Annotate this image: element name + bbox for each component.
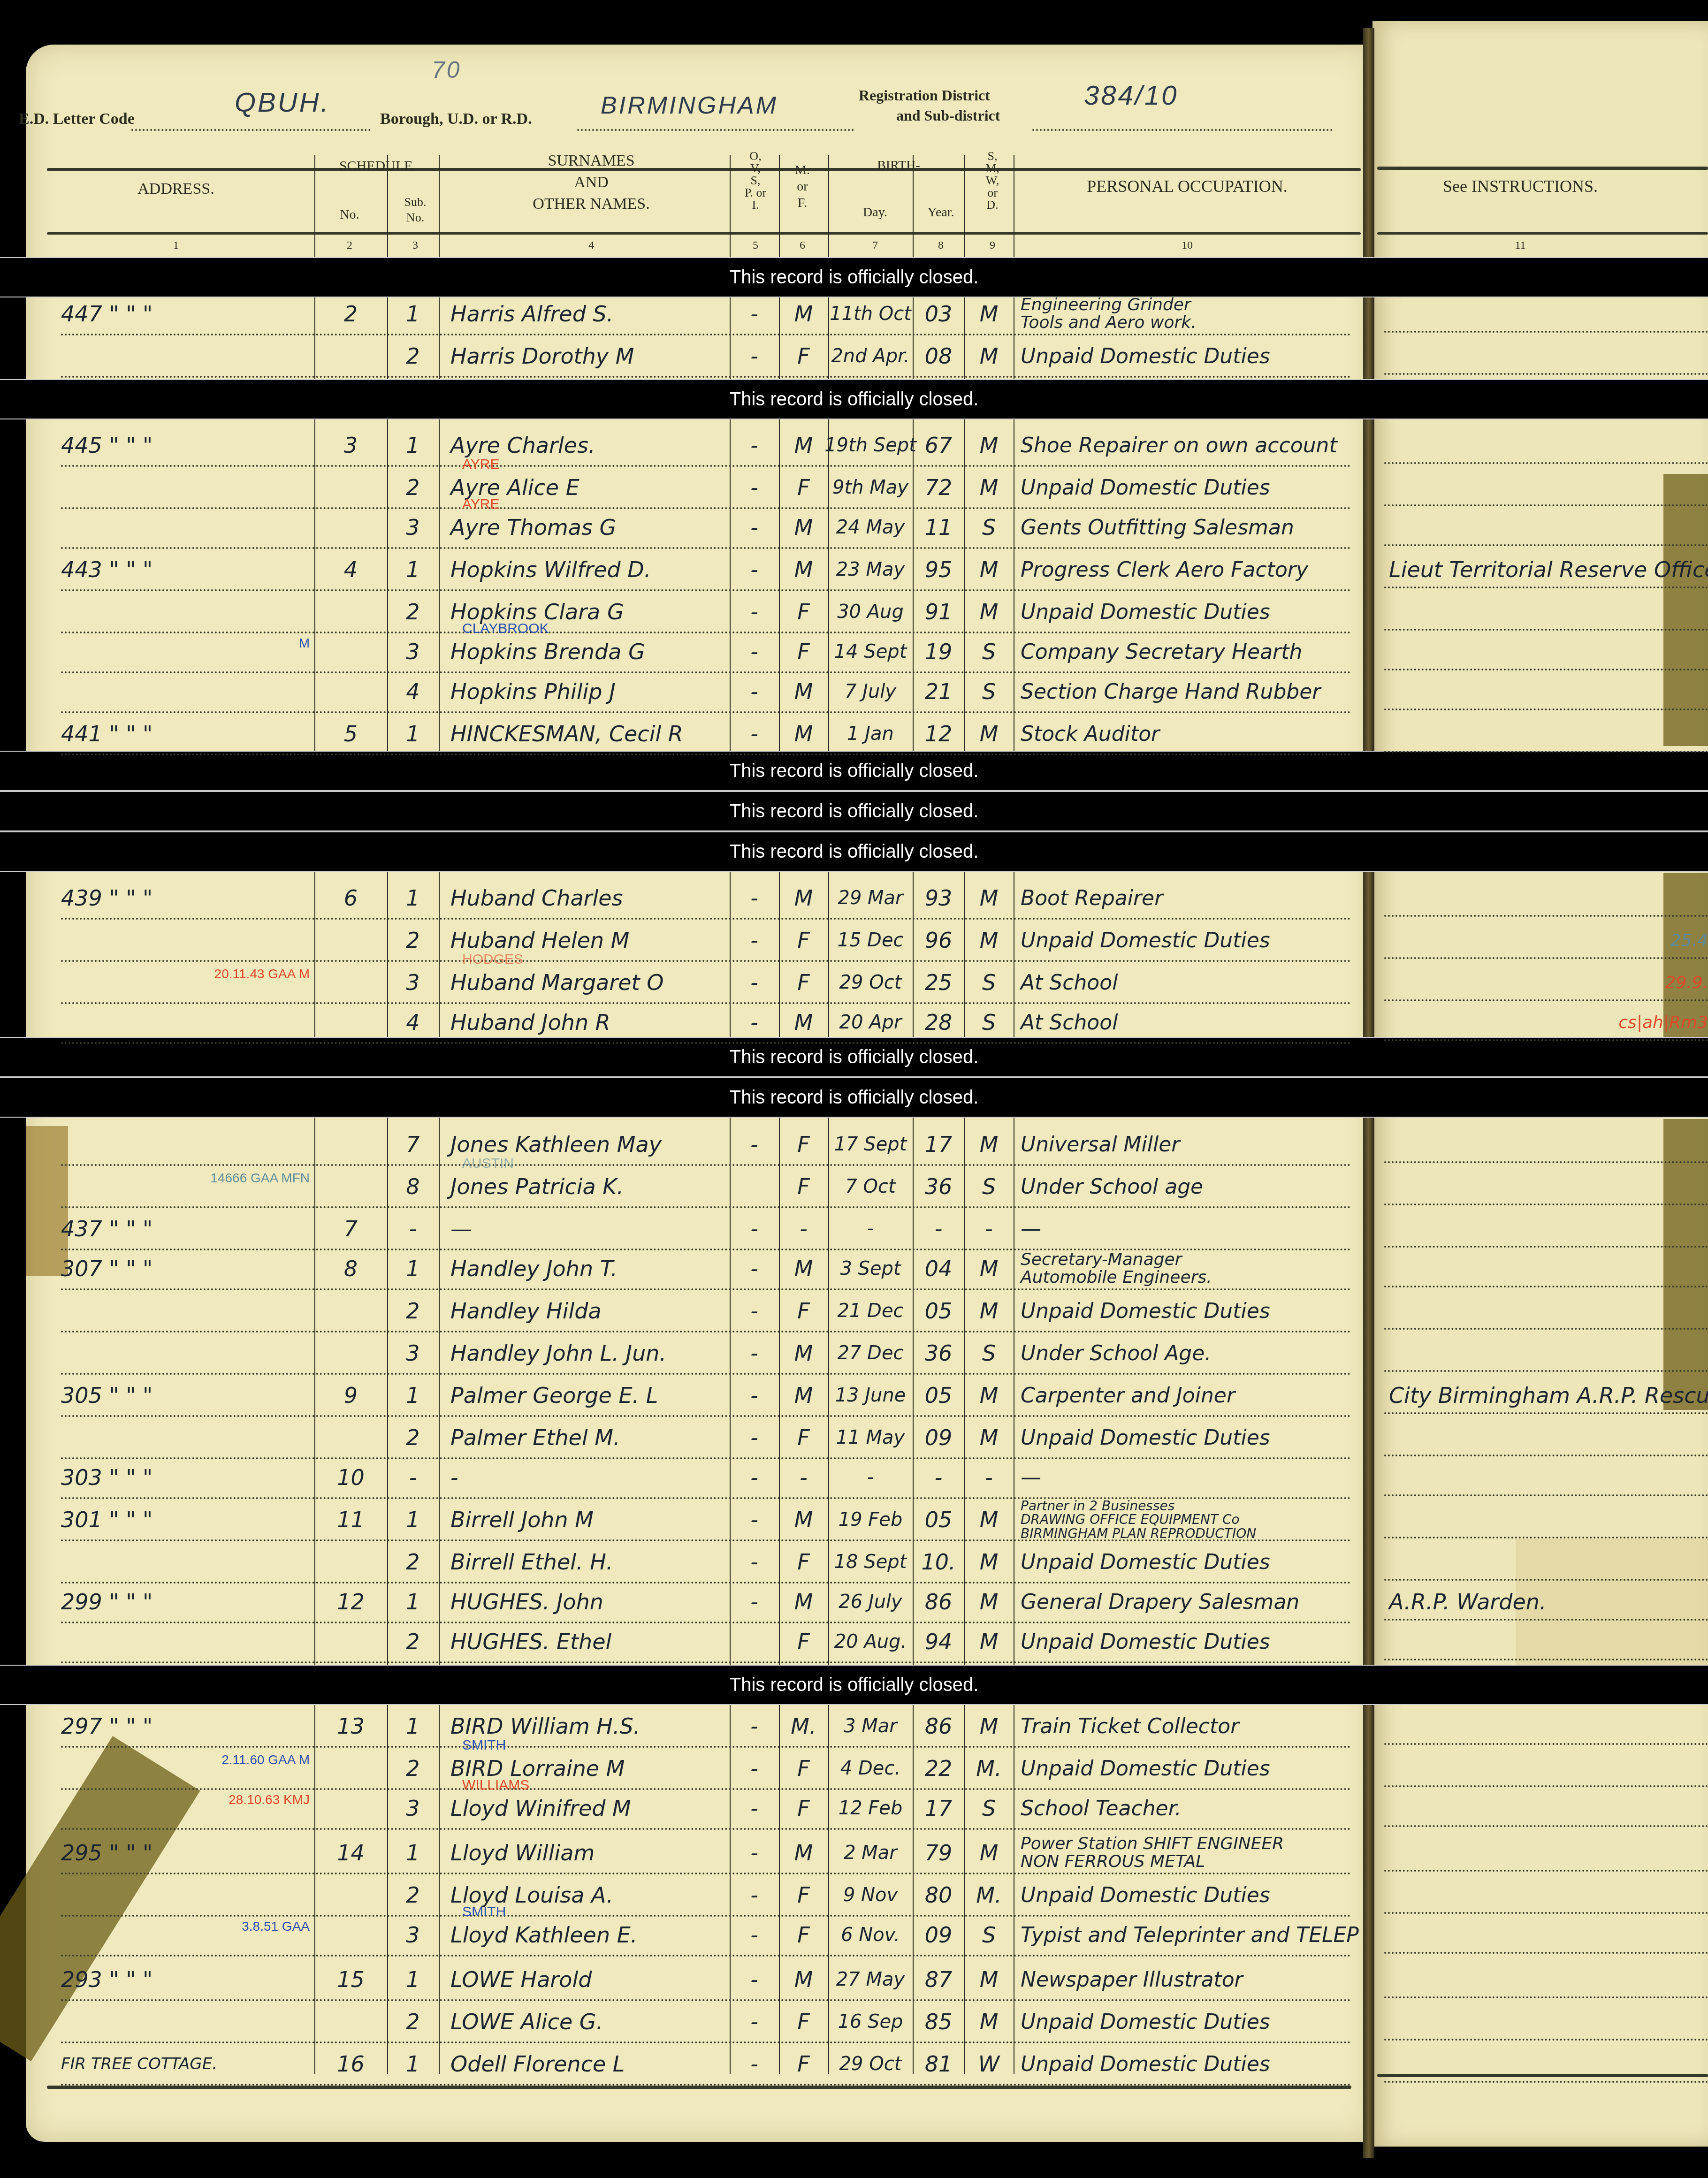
name-cell: Huband John R	[450, 1002, 730, 1043]
schedule-no-cell	[314, 591, 387, 632]
address-cell: 305 " " "	[61, 1375, 314, 1416]
address-cell: 299 " " "	[61, 1581, 314, 1622]
sub-no-cell: 2	[387, 591, 439, 632]
schedule-no-cell: 10	[314, 1457, 387, 1498]
row-divider-right	[1384, 957, 1708, 959]
marital-status-cell: S	[964, 1166, 1014, 1207]
row-divider-right	[1384, 1039, 1708, 1041]
marital-status-cell: M	[964, 1621, 1014, 1662]
schedule-no-cell	[314, 671, 387, 712]
ovspi-cell: -	[730, 877, 779, 919]
row-divider-right	[1384, 504, 1708, 506]
birth-day-cell: 20 Apr	[828, 1002, 913, 1043]
schedule-no-cell	[314, 962, 387, 1003]
schedule-no-cell: 11	[314, 1499, 387, 1540]
surname-correction: AYRE	[462, 496, 499, 512]
birth-day-cell: 12 Feb	[828, 1788, 913, 1829]
name-cell: LOWE Harold	[450, 1959, 730, 2000]
schedule-no-cell: 8	[314, 1248, 387, 1289]
occupation-cell: Train Ticket Collector	[1021, 1706, 1358, 1747]
address-cell	[61, 1124, 314, 1165]
sex-cell: M	[779, 1375, 828, 1416]
ovspi-cell: -	[730, 1706, 779, 1747]
name-cell: Jones Patricia K.	[450, 1166, 730, 1207]
sex-cell: F	[779, 2001, 828, 2042]
ovspi-cell: -	[730, 1290, 779, 1332]
marital-status-cell: M	[964, 1959, 1014, 2000]
schedule-no-cell: 16	[314, 2043, 387, 2085]
ovspi-cell: -	[730, 1832, 779, 1873]
row-divider-right	[1384, 1912, 1708, 1914]
schedule-no-cell	[314, 631, 387, 672]
sex-cell: M	[779, 507, 828, 548]
table-row: 7Jones Kathleen May-F17 Sept17MUniversal…	[0, 1124, 1708, 1165]
sub-no-cell: 2	[387, 1621, 439, 1662]
birth-year-cell: 36	[913, 1333, 964, 1374]
instructions-cell: A.R.P. Warden.	[1389, 1581, 1708, 1622]
occupation-lines: Engineering GrinderTools and Aero work.	[1021, 296, 1197, 332]
sex-cell: F	[779, 591, 828, 632]
marital-status-cell: -	[964, 1457, 1014, 1498]
ovspi-cell: -	[730, 1124, 779, 1165]
birth-year-cell: 19	[913, 631, 964, 672]
birth-year-cell: 17	[913, 1788, 964, 1829]
table-row: 8Jones Patricia K.F7 Oct36SUnder School …	[0, 1166, 1708, 1207]
birth-year-cell: 22	[913, 1748, 964, 1789]
schedule-no-cell: 5	[314, 713, 387, 754]
name-cell: Lloyd Kathleen E.	[450, 1914, 730, 1956]
row-divider-right	[1384, 1412, 1708, 1414]
marital-status-cell: M	[964, 1499, 1014, 1540]
table-row: 2Palmer Ethel M.-F11 May09MUnpaid Domest…	[0, 1417, 1708, 1458]
marital-status-cell: M.	[964, 1874, 1014, 1916]
marital-status-cell: S	[964, 631, 1014, 672]
sex-cell: F	[779, 1748, 828, 1789]
schedule-no-cell	[314, 2001, 387, 2042]
schedule-no-cell: 14	[314, 1832, 387, 1873]
occupation-cell: Unpaid Domestic Duties	[1021, 2001, 1358, 2042]
birth-year-cell: 96	[913, 920, 964, 961]
row-divider-right	[1384, 586, 1708, 588]
row-divider-right	[1384, 915, 1708, 917]
birth-year-cell: 05	[913, 1375, 964, 1416]
ovspi-cell: -	[730, 671, 779, 712]
birth-day-cell: 19th Sept	[828, 425, 913, 466]
schedule-no-cell	[314, 920, 387, 961]
birth-year-cell: 72	[913, 467, 964, 508]
schedule-no-cell	[314, 1621, 387, 1662]
row-divider	[61, 1828, 1351, 1830]
sex-cell: -	[779, 1457, 828, 1498]
birth-day-cell: 14 Sept	[828, 631, 913, 672]
schedule-no-cell	[314, 467, 387, 508]
birth-year-cell: 09	[913, 1914, 964, 1956]
birth-year-cell: 08	[913, 335, 964, 377]
sub-no-cell: 2	[387, 920, 439, 961]
birth-year-cell: 87	[913, 1959, 964, 2000]
table-row: 2Lloyd Louisa A.-F9 Nov80M.Unpaid Domest…	[0, 1874, 1708, 1916]
ovspi-cell: -	[730, 293, 779, 335]
schedule-no-cell	[314, 1166, 387, 1207]
table-row: 2HUGHES. EthelF20 Aug.94MUnpaid Domestic…	[0, 1621, 1708, 1662]
address-cell: 447 " " "	[61, 293, 314, 335]
ed-superscript: 70	[432, 56, 462, 84]
occupation-cell: At School	[1021, 1002, 1358, 1043]
ovspi-cell: -	[730, 1002, 779, 1043]
header-top-rule-right	[1377, 167, 1708, 170]
ovspi-cell: -	[730, 2043, 779, 2085]
ovspi-cell: -	[730, 1541, 779, 1583]
ovspi-cell: -	[730, 1874, 779, 1916]
address-cell	[61, 467, 314, 508]
row-divider-right	[1384, 1286, 1708, 1287]
birth-year-cell: 09	[913, 1417, 964, 1458]
address-cell	[61, 1541, 314, 1583]
birth-year-cell: 05	[913, 1290, 964, 1332]
sex-cell: F	[779, 467, 828, 508]
birth-day-cell: 29 Oct	[828, 962, 913, 1003]
birth-day-cell: 1 Jan	[828, 713, 913, 754]
birth-year-cell: 17	[913, 1124, 964, 1165]
birth-day-cell: 9 Nov	[828, 1874, 913, 1916]
row-divider-right	[1384, 1870, 1708, 1872]
birth-day-cell: 20 Aug.	[828, 1621, 913, 1662]
marital-status-cell: M	[964, 877, 1014, 919]
marital-status-cell: M	[964, 2001, 1014, 2042]
occupation-cell: Under School Age.	[1021, 1333, 1358, 1374]
schedule-no-cell	[314, 1124, 387, 1165]
table-row: 445 " " "31Ayre Charles.-M19th Sept67MSh…	[0, 425, 1708, 466]
schedule-no-cell	[314, 335, 387, 377]
ovspi-cell: -	[730, 591, 779, 632]
ovspi-cell: -	[730, 1333, 779, 1374]
sub-no-cell: 1	[387, 1832, 439, 1873]
sex-cell: M	[779, 1959, 828, 2000]
table-row: 441 " " "51HINCKESMAN, Cecil R-M1 Jan12M…	[0, 713, 1708, 754]
sex-cell: M	[779, 671, 828, 712]
sub-no-cell: 3	[387, 1333, 439, 1374]
address-cell: 445 " " "	[61, 425, 314, 466]
birth-day-cell: 6 Nov.	[828, 1914, 913, 1956]
birth-year-cell: 05	[913, 1499, 964, 1540]
birth-day-cell: 9th May	[828, 467, 913, 508]
row-divider-right	[1384, 999, 1708, 1001]
sub-no-cell: -	[387, 1457, 439, 1498]
surname-correction: CLAYBROOK	[462, 621, 549, 637]
sub-no-cell: 1	[387, 713, 439, 754]
birth-year-cell: -	[913, 1208, 964, 1249]
birth-year-cell: 10.	[913, 1541, 964, 1583]
birth-day-cell: 11th Oct	[828, 293, 913, 335]
row-divider-right	[1384, 1328, 1708, 1330]
sub-no-cell: 1	[387, 877, 439, 919]
table-row: 303 " " "10-------—	[0, 1457, 1708, 1498]
address-cell: 297 " " "	[61, 1706, 314, 1747]
birth-year-cell: 67	[913, 425, 964, 466]
reg-district-label-1: Registration District	[859, 87, 990, 104]
name-cell: Hopkins Brenda G	[450, 631, 730, 672]
birth-year-cell: 03	[913, 293, 964, 335]
sub-no-cell: 2	[387, 1748, 439, 1789]
name-cell: Hopkins Wilfred D.	[450, 549, 730, 590]
occupation-cell: Unpaid Domestic Duties	[1021, 1748, 1358, 1789]
ovspi-cell: -	[730, 631, 779, 672]
sub-no-cell: 2	[387, 335, 439, 377]
sub-no-cell: 1	[387, 1375, 439, 1416]
occupation-cell: Section Charge Hand Rubber	[1021, 671, 1358, 712]
ovspi-cell: -	[730, 1248, 779, 1289]
surname-correction: SMITH	[462, 1737, 506, 1753]
sex-cell: F	[779, 1541, 828, 1583]
birth-year-cell: 04	[913, 1248, 964, 1289]
col-num-7: 7	[835, 239, 915, 252]
sub-no-cell: 1	[387, 1959, 439, 2000]
row-divider-right	[1384, 1455, 1708, 1456]
col-num-10: 10	[1018, 239, 1356, 252]
birth-day-cell: 29 Oct	[828, 2043, 913, 2085]
row-divider-right	[1384, 331, 1708, 333]
birth-day-cell: 3 Mar	[828, 1706, 913, 1747]
birth-day-cell: 23 May	[828, 549, 913, 590]
sex-cell: F	[779, 1788, 828, 1829]
occupation-line: Automobile Engineers.	[1021, 1269, 1212, 1287]
marital-status-cell: M	[964, 1581, 1014, 1622]
occupation-cell: Unpaid Domestic Duties	[1021, 2043, 1358, 2085]
row-divider-right	[1384, 1743, 1708, 1745]
marital-status-cell: W	[964, 2043, 1014, 2085]
ovspi-cell: -	[730, 1748, 779, 1789]
birth-day-cell: 26 July	[828, 1581, 913, 1622]
sex-cell: M	[779, 1832, 828, 1873]
sub-no-cell: 2	[387, 467, 439, 508]
occupation-line: Secretary-Manager	[1021, 1251, 1212, 1269]
sex-cell: M	[779, 1499, 828, 1540]
ed-letter-code-value: QBUH.	[235, 87, 330, 118]
row-divider-right	[1384, 751, 1708, 753]
reg-dotted-line	[1032, 129, 1333, 131]
sex-cell: F	[779, 962, 828, 1003]
table-row: 4Hopkins Philip J-M7 July21SSection Char…	[0, 671, 1708, 712]
birth-year-cell: 28	[913, 1002, 964, 1043]
row-divider-right	[1384, 1825, 1708, 1827]
occupation-cell: Unpaid Domestic Duties	[1021, 467, 1358, 508]
marital-status-cell: -	[964, 1208, 1014, 1249]
address-cell	[61, 335, 314, 377]
occupation-cell: Stock Auditor	[1021, 713, 1358, 754]
name-cell: Harris Dorothy M	[450, 335, 730, 377]
name-cell: Hopkins Philip J	[450, 671, 730, 712]
schedule-no-cell: 15	[314, 1959, 387, 2000]
ovspi-cell: -	[730, 962, 779, 1003]
row-divider-right	[1384, 544, 1708, 546]
row-divider	[61, 376, 1351, 378]
closed-record-banner: This record is officially closed.	[0, 1077, 1708, 1118]
ovspi-cell: -	[730, 549, 779, 590]
birth-year-cell: 12	[913, 713, 964, 754]
col-instructions-header: See INSTRUCTIONS.	[1389, 176, 1652, 197]
name-cell: Odell Florence L	[450, 2043, 730, 2085]
occupation-cell: Unpaid Domestic Duties	[1021, 1621, 1358, 1662]
row-divider-right	[1384, 708, 1708, 710]
reg-district-label-2: and Sub-district	[896, 107, 1000, 124]
address-cell	[61, 1874, 314, 1916]
sub-no-cell: 2	[387, 1874, 439, 1916]
row-divider	[61, 1661, 1351, 1663]
schedule-no-cell	[314, 1002, 387, 1043]
sex-cell: F	[779, 1621, 828, 1662]
address-cell	[61, 920, 314, 961]
birth-year-cell: 11	[913, 507, 964, 548]
birth-year-cell: 79	[913, 1832, 964, 1873]
table-row: 3Lloyd Kathleen E.-F6 Nov.09STypist and …	[0, 1914, 1708, 1956]
col-num-1: 1	[75, 239, 277, 252]
table-bottom-rule-right	[1377, 2074, 1708, 2077]
birth-day-cell: 29 Mar	[828, 877, 913, 919]
occupation-cell: Universal Miller	[1021, 1124, 1358, 1165]
col-status-header: S, M, W, or D.	[969, 150, 1016, 211]
birth-day-cell: 11 May	[828, 1417, 913, 1458]
birth-day-cell: 16 Sep	[828, 2001, 913, 2042]
address-cell	[61, 507, 314, 548]
surname-correction: HODGES	[462, 952, 523, 967]
ovspi-cell: -	[730, 1417, 779, 1458]
schedule-no-cell: 2	[314, 293, 387, 335]
birth-day-cell: 15 Dec	[828, 920, 913, 961]
birth-day-cell: 3 Sept	[828, 1248, 913, 1289]
col-num-5: 5	[732, 239, 779, 252]
address-cell	[61, 1333, 314, 1374]
table-row: 2Huband Helen M-F15 Dec96MUnpaid Domesti…	[0, 920, 1708, 961]
birth-day-cell: 19 Feb	[828, 1499, 913, 1540]
col-num-4: 4	[450, 239, 732, 252]
ovspi-cell: -	[730, 1914, 779, 1956]
ovspi-cell: -	[730, 507, 779, 548]
sub-no-cell: 1	[387, 2043, 439, 2085]
table-row: 443 " " "41Hopkins Wilfred D.-M23 May95M…	[0, 549, 1708, 590]
col-sex-header: M. or F.	[779, 162, 826, 211]
row-divider-right	[1384, 1537, 1708, 1538]
sub-no-cell: 3	[387, 1788, 439, 1829]
sub-no-cell: 3	[387, 631, 439, 672]
ovspi-cell	[730, 1621, 779, 1662]
ovspi-cell	[730, 1166, 779, 1207]
sub-no-cell: 4	[387, 671, 439, 712]
sub-no-cell: 1	[387, 293, 439, 335]
row-divider-right	[1384, 1952, 1708, 1954]
address-cell: 293 " " "	[61, 1959, 314, 2000]
sex-cell: F	[779, 2043, 828, 2085]
name-cell: —	[450, 1208, 730, 1249]
margin-annotation: 14666 GAA MFN	[202, 1171, 310, 1186]
borough-label: Borough, U.D. or R.D.	[380, 110, 532, 128]
occupation-cell: Engineering GrinderTools and Aero work.	[1021, 293, 1358, 335]
col-num-6: 6	[779, 239, 826, 252]
sub-no-cell: 3	[387, 962, 439, 1003]
table-row: 2Birrell Ethel. H.-F18 Sept10.MUnpaid Do…	[0, 1541, 1708, 1583]
sex-cell: F	[779, 335, 828, 377]
address-cell	[61, 2001, 314, 2042]
address-cell: 307 " " "	[61, 1248, 314, 1289]
occupation-cell: Progress Clerk Aero Factory	[1021, 549, 1358, 590]
occupation-cell: Unpaid Domestic Duties	[1021, 1290, 1358, 1332]
closed-record-banner: This record is officially closed.	[0, 831, 1708, 872]
birth-day-cell: 27 Dec	[828, 1333, 913, 1374]
occupation-cell: Newspaper Illustrator	[1021, 1959, 1358, 2000]
col-num-11: 11	[1389, 239, 1652, 252]
schedule-no-cell: 9	[314, 1375, 387, 1416]
marital-status-cell: M	[964, 713, 1014, 754]
table-bottom-rule	[47, 2086, 1351, 2089]
sub-no-cell: 2	[387, 1417, 439, 1458]
birth-day-cell: 30 Aug	[828, 591, 913, 632]
closed-record-banner: This record is officially closed.	[0, 257, 1708, 297]
sub-no-cell: 1	[387, 549, 439, 590]
marital-status-cell: M	[964, 335, 1014, 377]
sex-cell: M	[779, 425, 828, 466]
occupation-cell: Unpaid Domestic Duties	[1021, 335, 1358, 377]
margin-annotation: 20.11.43 GAA M	[202, 967, 310, 982]
birth-day-cell: 7 July	[828, 671, 913, 712]
occupation-line: Partner in 2 Businesses	[1021, 1499, 1256, 1513]
table-row: 2LOWE Alice G.-F16 Sep85MUnpaid Domestic…	[0, 2001, 1708, 2042]
surname-correction: AUSTIN	[462, 1156, 514, 1172]
address-cell	[61, 671, 314, 712]
name-cell: -	[450, 1457, 730, 1498]
row-divider-right	[1384, 1785, 1708, 1787]
marital-status-cell: S	[964, 1333, 1014, 1374]
table-row: 301 " " "111Birrell John M-M19 Feb05MPar…	[0, 1499, 1708, 1540]
address-cell: 443 " " "	[61, 549, 314, 590]
occupation-line: BIRMINGHAM PLAN REPRODUCTION	[1021, 1527, 1256, 1540]
sub-no-cell: 1	[387, 1581, 439, 1622]
occupation-cell: Under School age	[1021, 1166, 1358, 1207]
table-row: 4Huband John R-M20 Apr28SAt Schoolcs|ah|…	[0, 1002, 1708, 1043]
birth-day-cell: 7 Oct	[828, 1166, 913, 1207]
ovspi-cell: -	[730, 1499, 779, 1540]
birth-year-cell: 86	[913, 1581, 964, 1622]
name-cell: Ayre Thomas G	[450, 507, 730, 548]
name-cell: Lloyd William	[450, 1832, 730, 1873]
marital-status-cell: M	[964, 1124, 1014, 1165]
sex-cell: F	[779, 920, 828, 961]
sex-cell: M	[779, 1002, 828, 1043]
birth-year-cell: -	[913, 1457, 964, 1498]
table-row: 307 " " "81Handley John T.-M3 Sept04MSec…	[0, 1248, 1708, 1289]
header-bottom-rule	[47, 232, 1361, 235]
table-row: 2Handley Hilda-F21 Dec05MUnpaid Domestic…	[0, 1290, 1708, 1332]
name-cell: Birrell John M	[450, 1499, 730, 1540]
table-row: 299 " " "121HUGHES. John-M26 July86MGene…	[0, 1581, 1708, 1622]
table-row: 447 " " "21Harris Alfred S.-M11th Oct03M…	[0, 293, 1708, 335]
occupation-cell: Secretary-ManagerAutomobile Engineers.	[1021, 1248, 1358, 1289]
col-num-2: 2	[319, 239, 380, 252]
sub-no-cell: 8	[387, 1166, 439, 1207]
col-sub-no-header: Sub. No.	[389, 195, 441, 225]
table-row: 3Huband Margaret O-F29 Oct25SAt School29…	[0, 962, 1708, 1003]
address-cell: 301 " " "	[61, 1499, 314, 1540]
sex-cell: F	[779, 1914, 828, 1956]
table-row: 439 " " "61Huband Charles-M29 Mar93MBoot…	[0, 877, 1708, 919]
marital-status-cell: S	[964, 1002, 1014, 1043]
schedule-no-cell	[314, 1874, 387, 1916]
occupation-cell: School Teacher.	[1021, 1788, 1358, 1829]
schedule-no-cell	[314, 1748, 387, 1789]
name-cell: Handley Hilda	[450, 1290, 730, 1332]
name-cell: HINCKESMAN, Cecil R	[450, 713, 730, 754]
reg-district-value: 384/10	[1084, 80, 1178, 111]
table-row: 3Hopkins Brenda G-F14 Sept19SCompany Sec…	[0, 631, 1708, 672]
sex-cell: M	[779, 713, 828, 754]
